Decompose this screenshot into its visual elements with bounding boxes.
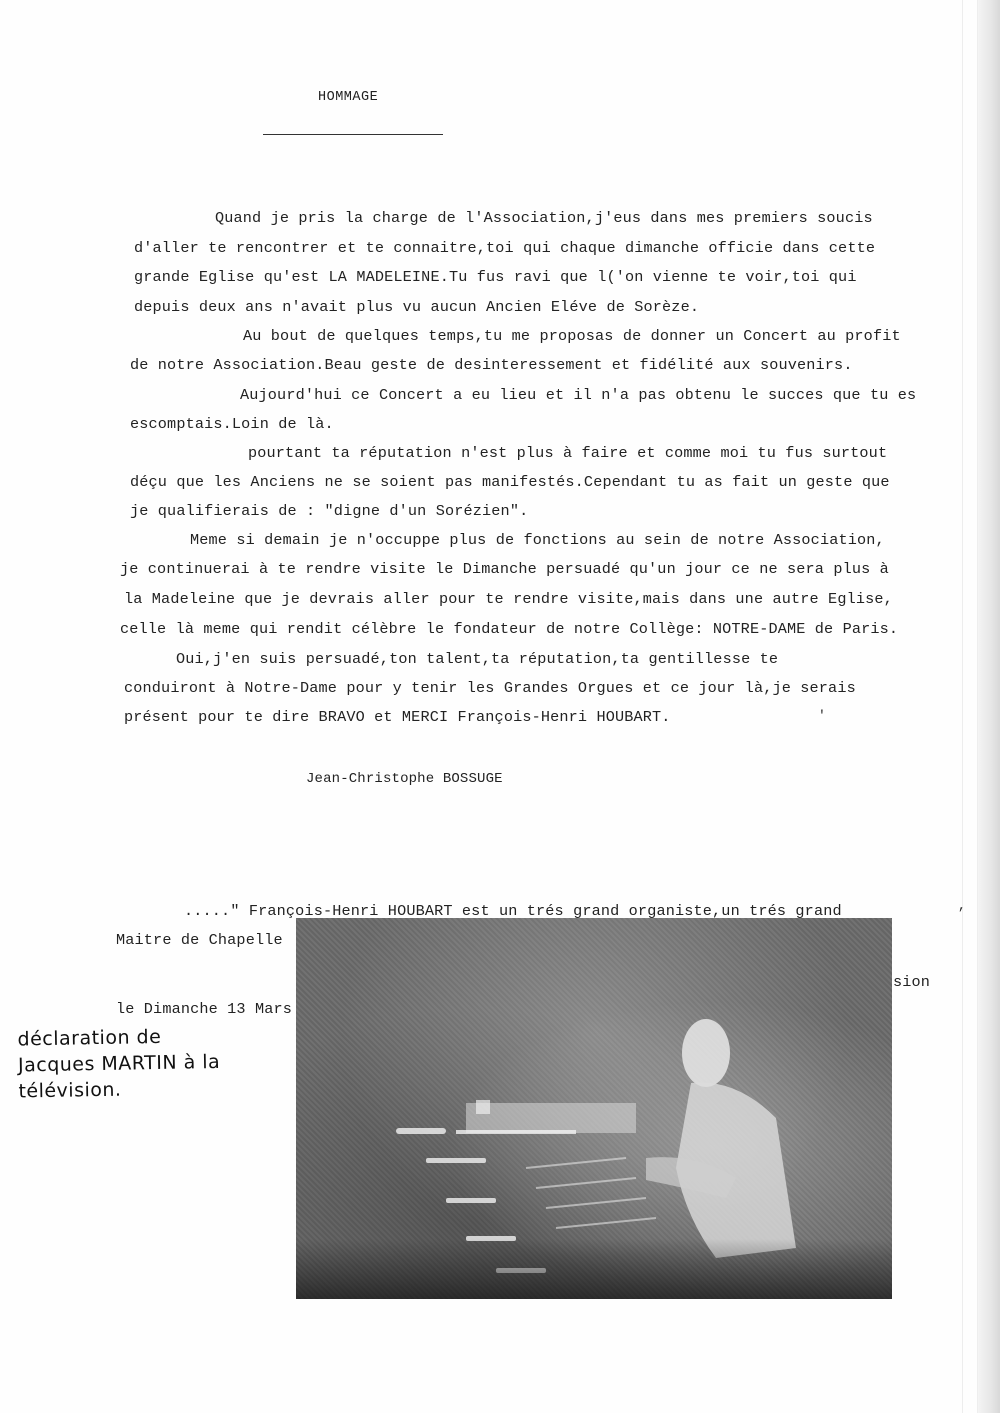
page-edge-shadow [977, 0, 1000, 1413]
quote-line-3: sion [893, 973, 930, 991]
paragraph-line: Oui,j'en suis persuadé,ton talent,ta rép… [176, 650, 778, 668]
paragraph-line: pourtant ta réputation n'est plus à fair… [248, 444, 887, 462]
document-title: HOMMAGE [318, 90, 378, 105]
quote-line-4: le Dimanche 13 Mars [116, 1000, 292, 1018]
paragraph-line: conduiront à Notre-Dame pour y tenir les… [124, 679, 856, 697]
quote-line-2: Maitre de Chapelle [116, 931, 283, 949]
paragraph-line: grande Eglise qu'est LA MADELEINE.Tu fus… [134, 268, 857, 286]
organist-photo [296, 918, 892, 1299]
ink-mark: , [958, 898, 966, 913]
paragraph-line: Au bout de quelques temps,tu me proposas… [243, 327, 901, 345]
paragraph-line: la Madeleine que je devrais aller pour t… [124, 590, 893, 608]
paragraph-line: Meme si demain je n'occuppe plus de fonc… [190, 531, 885, 549]
paragraph-line: depuis deux ans n'avait plus vu aucun An… [134, 298, 699, 316]
handwritten-note: déclaration de Jacques MARTIN à la télév… [17, 1022, 298, 1105]
page-edge-line [962, 0, 963, 1413]
paragraph-line: escomptais.Loin de là. [130, 415, 334, 433]
paragraph-line: je continuerai à te rendre visite le Dim… [120, 560, 889, 578]
ink-mark: ' [818, 708, 826, 723]
paragraph-line: présent pour te dire BRAVO et MERCI Fran… [124, 708, 671, 726]
paragraph-line: d'aller te rencontrer et te connaitre,to… [134, 239, 875, 257]
paragraph-line: de notre Association.Beau geste de desin… [130, 356, 853, 374]
document-page: HOMMAGE Quand je pris la charge de l'Ass… [0, 0, 1000, 1413]
photo-vignette [296, 1239, 892, 1299]
paragraph-line: celle là meme qui rendit célèbre le fond… [120, 620, 898, 638]
paragraph-line: Quand je pris la charge de l'Association… [215, 209, 873, 227]
signature: Jean-Christophe BOSSUGE [306, 771, 503, 787]
title-underline [263, 134, 443, 135]
paragraph-line: Aujourd'hui ce Concert a eu lieu et il n… [240, 386, 916, 404]
paragraph-line: je qualifierais de : "digne d'un Sorézie… [130, 502, 528, 520]
paragraph-line: déçu que les Anciens ne se soient pas ma… [130, 473, 890, 491]
